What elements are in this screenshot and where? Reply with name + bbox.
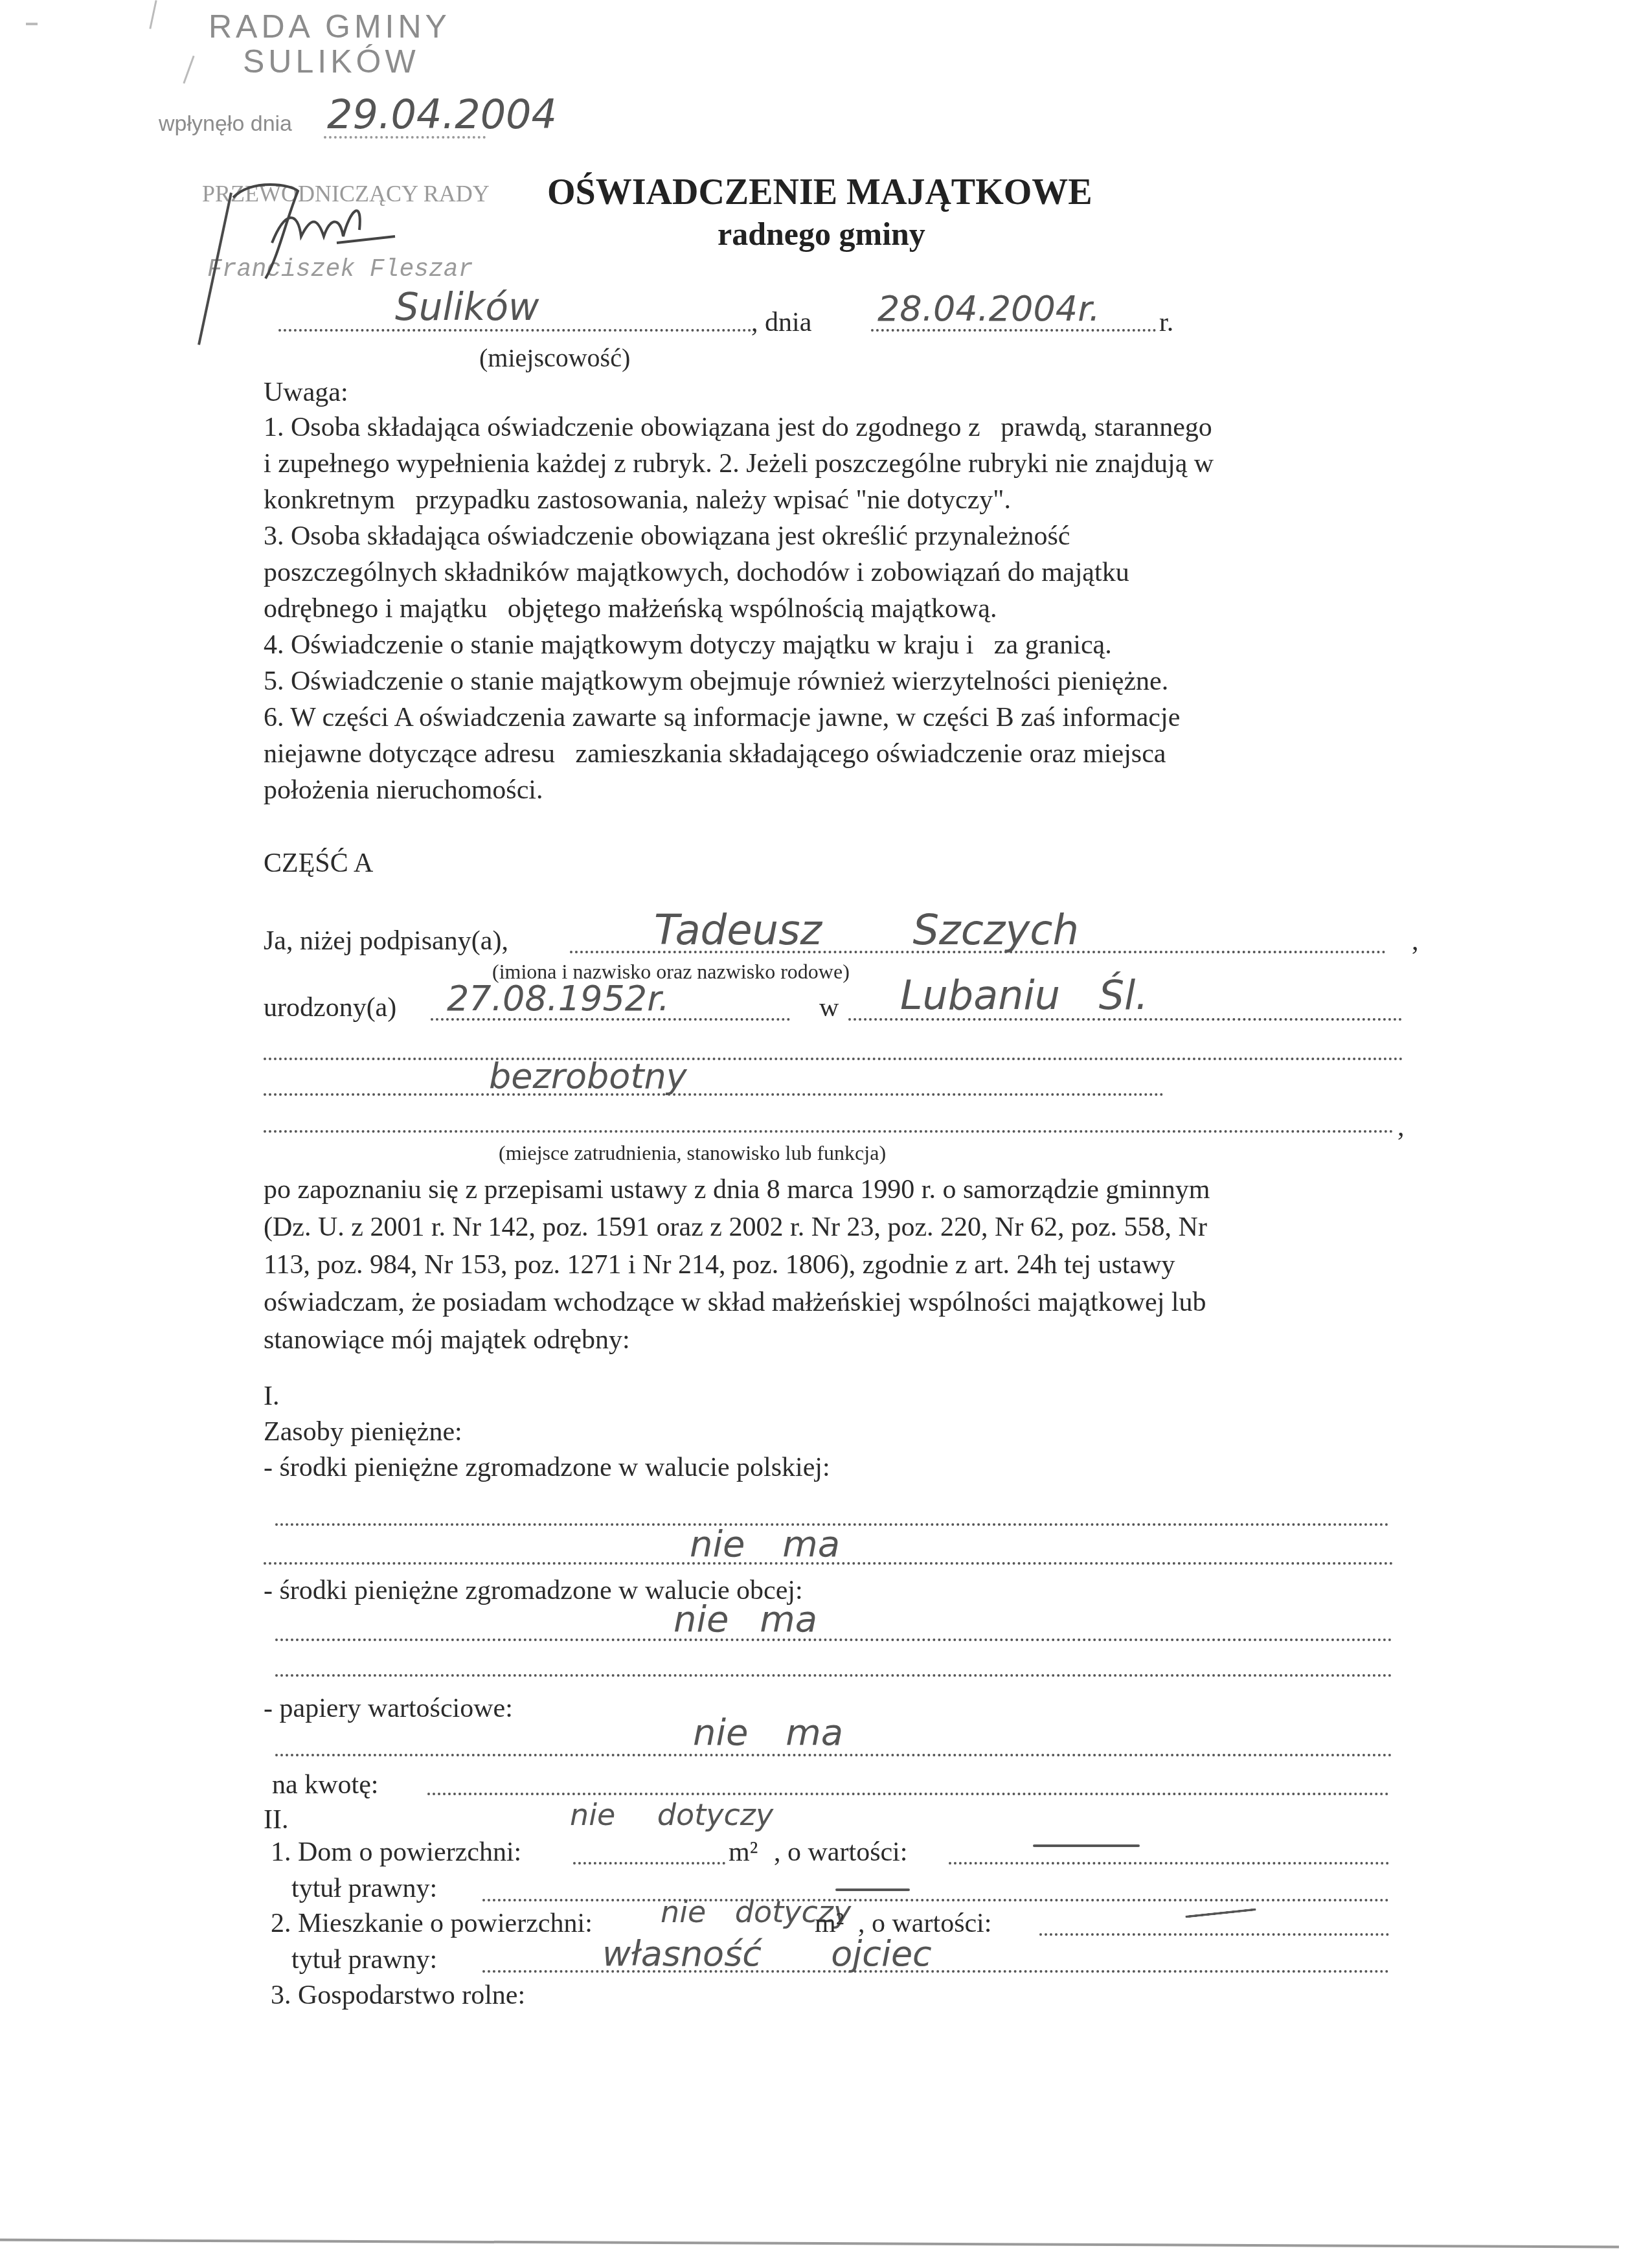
flat-value-dash: [1185, 1908, 1256, 1918]
flat-value-dots: [1039, 1933, 1389, 1936]
pln-funds-value[interactable]: nie ma: [690, 1523, 840, 1565]
farm-label: 3. Gospodarstwo rolne:: [271, 1977, 525, 2013]
foreign-funds-line-1-dots: [275, 1639, 1392, 1641]
house-title-dots: [482, 1899, 1389, 1901]
notes-heading: Uwaga:: [264, 374, 348, 411]
house-title-label: tytuł prawny:: [291, 1870, 437, 1907]
chair-signature-scribble: [227, 172, 421, 282]
employment-line-2-dots: [264, 1093, 1164, 1096]
statement-line: po zapoznaniu się z przepisami ustawy z …: [264, 1171, 1449, 1208]
declarant-label: Ja, niżej podpisany(a),: [264, 923, 508, 959]
pln-funds-label: - środki pieniężne zgromadzone w walucie…: [264, 1449, 830, 1486]
flat-title-label: tytuł prawny:: [291, 1942, 437, 1978]
foreign-funds-line-2-dots: [275, 1674, 1392, 1677]
house-area-value[interactable]: nie dotyczy: [570, 1797, 773, 1832]
note-line: konkretnym przypadku zastosowania, należ…: [264, 482, 1449, 518]
note-line: położenia nieruchomości.: [264, 772, 1449, 808]
note-line: 6. W części A oświadczenia zawarte są in…: [264, 699, 1449, 736]
flat-label: 2. Mieszkanie o powierzchni:: [271, 1905, 593, 1942]
place-caption: (miejscowość): [479, 340, 630, 376]
employment-line-3-dots: [264, 1130, 1394, 1133]
place-field-dots: [278, 329, 751, 332]
house-value-label: , o wartości:: [774, 1834, 907, 1870]
note-line: 5. Oświadczenie o stanie majątkowym obej…: [264, 663, 1449, 699]
note-line: i zupełnego wypełnienia każdej z rubryk.…: [264, 446, 1449, 482]
stamp-municipality: SULIKÓW: [243, 43, 420, 80]
employment-line-1-dots: [264, 1058, 1403, 1060]
date-suffix: r.: [1159, 304, 1173, 341]
scan-artifact: [183, 56, 194, 84]
section-2-numeral: II.: [264, 1802, 288, 1838]
note-line: 4. Oświadczenie o stanie majątkowym doty…: [264, 627, 1449, 663]
foreign-funds-value[interactable]: nie ma: [673, 1598, 817, 1640]
house-value-dots: [949, 1862, 1389, 1865]
securities-amount-label: na kwotę:: [272, 1767, 378, 1803]
securities-amount-dots: [427, 1793, 1389, 1795]
stamp-received-label: wpłynęło dnia: [159, 111, 292, 137]
stamp-council-name: RADA GMINY: [209, 8, 451, 45]
flat-title-value[interactable]: własność ojciec: [602, 1933, 932, 1974]
date-field-dots: [871, 329, 1156, 332]
house-title-dash: [835, 1888, 910, 1891]
date-field-value[interactable]: 28.04.2004r.: [877, 288, 1100, 329]
statement-line: (Dz. U. z 2001 r. Nr 142, poz. 1591 oraz…: [264, 1208, 1449, 1246]
date-label: , dnia: [751, 304, 811, 341]
born-place-value[interactable]: Lubaniu Śl.: [900, 971, 1148, 1019]
employment-comma: ,: [1397, 1109, 1405, 1145]
section-1-heading: Zasoby pieniężne:: [264, 1414, 462, 1450]
part-a-heading: CZĘŚĆ A: [264, 845, 373, 881]
note-line: niejawne dotyczące adresu zamieszkania s…: [264, 736, 1449, 772]
born-date-value[interactable]: 27.08.1952r.: [447, 978, 670, 1019]
securities-value[interactable]: nie ma: [693, 1712, 843, 1754]
statement-line: oświadczam, że posiadam wchodzące w skła…: [264, 1284, 1449, 1321]
securities-label: - papiery wartościowe:: [264, 1690, 513, 1727]
house-value-dash: [1033, 1844, 1140, 1847]
house-area-dots: [573, 1862, 725, 1865]
employment-caption: (miejsce zatrudnienia, stanowisko lub fu…: [499, 1141, 886, 1165]
statement-line: 113, poz. 984, Nr 153, poz. 1271 i Nr 21…: [264, 1246, 1449, 1284]
statement: po zapoznaniu się z przepisami ustawy z …: [264, 1171, 1449, 1359]
employment-field-value[interactable]: bezrobotny: [489, 1056, 687, 1096]
stamp-received-date: 29.04.2004: [327, 91, 557, 138]
note-line: 1. Osoba składająca oświadczenie obowiąz…: [264, 409, 1449, 446]
house-label: 1. Dom o powierzchni:: [271, 1834, 521, 1870]
born-in-label: w: [819, 990, 839, 1026]
notes-list: 1. Osoba składająca oświadczenie obowiąz…: [264, 409, 1449, 808]
scan-artifact: [26, 23, 38, 25]
document-subtitle: radnego gminy: [718, 215, 925, 253]
house-unit: m²: [729, 1834, 758, 1870]
note-line: 3. Osoba składająca oświadczenie obowiąz…: [264, 518, 1449, 554]
statement-line: stanowiące mój majątek odrębny:: [264, 1321, 1449, 1359]
note-line: odrębnego i majątku objętego małżeńską w…: [264, 591, 1449, 627]
section-1-numeral: I.: [264, 1378, 280, 1414]
scan-artifact: [149, 0, 157, 29]
securities-dots: [275, 1754, 1392, 1756]
born-label: urodzony(a): [264, 990, 396, 1026]
declarant-comma: ,: [1412, 923, 1419, 959]
note-line: poszczególnych składników majątkowych, d…: [264, 554, 1449, 591]
scan-bottom-edge: [0, 2239, 1619, 2249]
place-field-value[interactable]: Sulików: [395, 285, 539, 329]
declarant-field-value[interactable]: Tadeusz Szczych: [654, 907, 1079, 955]
document-title: OŚWIADCZENIE MAJĄTKOWE: [547, 172, 1092, 213]
